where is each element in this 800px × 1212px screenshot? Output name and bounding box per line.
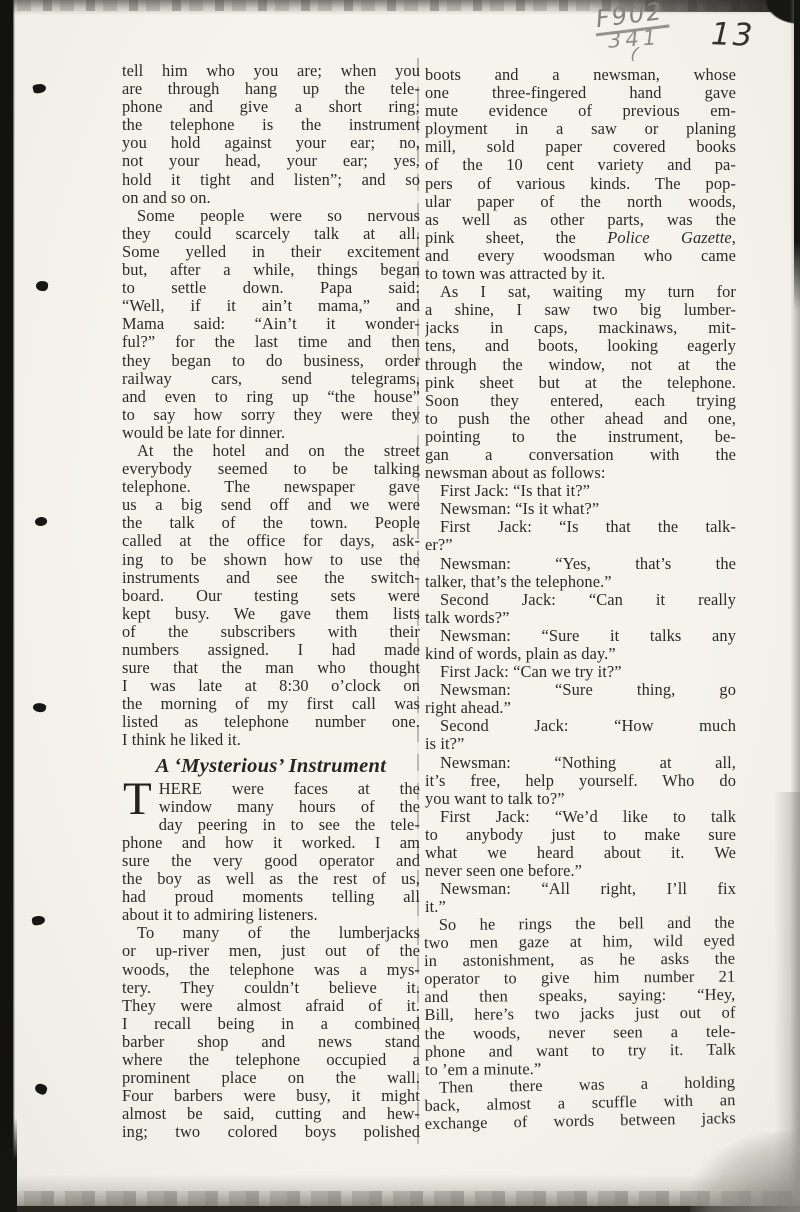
text-line: newsman about as follows: [425,464,736,482]
text-line: ployment in a saw or planing [425,120,736,138]
text-line: barber shop and news stand [122,1033,420,1051]
text-line: to push the other ahead and one, [425,410,736,428]
paragraph: First Jack: “Can we try it?” [425,663,736,681]
text-line: Newsman: “Nothing at all, [425,754,736,772]
ink-blot [34,515,48,527]
text-line: to anybody just to make sure [425,826,736,844]
paragraph: So he rings the bell and thetwo men gaze… [424,914,736,1079]
text-line: I was late at 8:30 o’clock on [122,677,420,695]
paragraph: Second Jack: “How muchis it?” [425,717,736,753]
text-line: what we heard about it. We [425,844,736,862]
text-line: day peering in to see the tele- [159,816,420,834]
scan-corner-bottom-left [0,1117,17,1212]
text-line: almost be said, cutting and hew- [122,1105,420,1123]
text-line: they began to do business, order [122,352,420,370]
text-line: or up-river men, just out of the [122,942,420,960]
ink-blot [32,83,47,95]
text-line: Soon they entered, each trying [425,392,736,410]
paragraph: First Jack: “Is that it?” [425,482,736,500]
section-heading: A ‘Mysterious’ Instrument [122,754,420,778]
text-line: pointing to the instrument, be- [425,428,736,446]
paragraph: Newsman: “Is it what?” [425,500,736,518]
paragraph: Newsman: “Sure thing, goright ahead.” [425,681,736,717]
text-line: ful?” for the last time and then [122,333,420,351]
text-line: right ahead.” [425,699,736,717]
text-line: and every woodsman who came [425,247,736,265]
text-line: everybody seemed to be talking [122,460,420,478]
text-line: of the subscribers with their [122,623,420,641]
text-line: talker, that’s the telephone.” [425,573,736,591]
text-line: Some yelled in their excitement [122,243,420,261]
text-line: At the hotel and on the street [122,442,420,460]
text-line: Second Jack: “Can it really [425,591,736,609]
text-line: phone and want to try it. Talk [425,1041,736,1062]
scan-corner-bottom-right [690,1132,800,1212]
text-line: kind of words, plain as day.” [425,645,736,663]
text-line: us a big send off and we were [122,496,420,514]
text-line: about it to admiring listeners. [122,906,420,924]
paragraph: tell him who you are; when youare throug… [122,62,420,207]
text-line: er?” [425,536,736,554]
text-line: gan a conversation with the [425,446,736,464]
text-line: Newsman: “Is it what?” [425,500,736,518]
paragraph: As I sat, waiting my turn fora shine, I … [425,283,736,482]
text-line: Newsman: “Sure it talks any [425,627,736,645]
paragraph: First Jack: “We’d like to talkto anybody… [425,808,736,880]
scan-edge-right [790,0,800,1212]
text-line: pink sheet, the Police Gazette, [425,229,736,247]
text-line: jacks in caps, mackinaws, mit- [425,319,736,337]
text-line: not your head, your ear; yes, [122,152,420,170]
text-line: mute evidence of previous em- [425,102,736,120]
text-line: but, after a while, things began [122,261,420,279]
text-line: As I sat, waiting my turn for [425,283,736,301]
text-line: window many hours of the [159,798,420,816]
text-line: First Jack: “Is that it?” [425,482,736,500]
paragraph: Then there was a holdingback, almost a s… [424,1073,736,1133]
text-line: the boy as well as the rest of us, [122,870,420,888]
column-left: tell him who you are; when youare throug… [122,62,420,1141]
ink-blot [34,1082,49,1096]
text-line: Some people were so nervous [122,207,420,225]
text-line: it’s free, help yourself. Who do [425,772,736,790]
text-line: as well as other parts, was the [425,211,736,229]
text-line: Mama said: “Ain’t it wonder- [122,315,420,333]
text-line: a shine, I saw two big lumber- [425,301,736,319]
paragraph: At the hotel and on the streeteverybody … [122,442,420,750]
text-line: tell him who you are; when you [122,62,420,80]
text-line: HERE were faces at the [159,780,420,798]
text-line: one three-fingered hand gave [425,84,736,102]
text-line: First Jack: “Is that the talk- [425,518,736,536]
text-line: board. Our testing sets were [122,587,420,605]
text-line: kept busy. We gave them lists [122,605,420,623]
text-line: to settle down. Papa said: [122,279,420,297]
text-line: the telephone is the instrument [122,116,420,134]
scan-edge-bottom [0,1174,800,1212]
text-line: mill, sold paper covered books [425,138,736,156]
ink-blot [32,702,47,714]
text-line: I think he liked it. [122,731,420,749]
text-line: Four barbers were busy, it might [122,1087,420,1105]
ink-blot [31,915,45,926]
text-line: where the telephone occupied a [122,1051,420,1069]
column-right: boots and a newsman, whoseone three-fing… [425,66,736,1134]
text-line: you want to talk to?” [425,790,736,808]
text-line: called at the office for days, ask- [122,532,420,550]
text-line: to town was attracted by it. [425,265,736,283]
text-line: sure that the man who thought [122,659,420,677]
paragraph: Newsman: “Sure it talks anykind of words… [425,627,736,663]
paragraph: Newsman: “Nothing at all,it’s free, help… [425,754,736,808]
text-line: To many of the lumberjacks [122,924,420,942]
paragraph: First Jack: “Is that the talk-er?” [425,518,736,554]
text-line: numbers assigned. I had made [122,641,420,659]
text-line: telephone. The newspaper gave [122,478,420,496]
text-line: Second Jack: “How much [425,717,736,735]
text-line: railway cars, send telegrams, [122,370,420,388]
text-line: they could scarcely talk at all. [122,225,420,243]
paragraph: Some people were so nervousthey could sc… [122,207,420,442]
text-line: through the window, not at the [425,356,736,374]
text-line: the morning of my first call was [122,695,420,713]
handwritten-page-number: 13 [710,16,755,53]
text-line: ing; two colored boys polished [122,1123,420,1141]
scan-edge-top [0,0,800,15]
text-line: ing to be shown how to use the [122,551,420,569]
text-line: you hold against your ear; no, [122,134,420,152]
text-line: to say how sorry they were they [122,406,420,424]
text-line: sure the very good operator and [122,852,420,870]
text-line: phone and how it worked. I am [122,834,420,852]
text-line: is it?” [425,735,736,753]
text-line: phone and give a short ring; [122,98,420,116]
text-line: hold it tight and listen”; and so [122,171,420,189]
text-line: Newsman: “Sure thing, go [425,681,736,699]
text-line: would be late for dinner. [122,424,420,442]
text-line: They were almost afraid of it. [122,997,420,1015]
paragraph: To many of the lumberjacksor up-river me… [122,924,420,1141]
text-line: “Well, if it ain’t mama,” and [122,297,420,315]
text-line: instruments and see the switch- [122,569,420,587]
text-line: tens, and boots, looking eagerly [425,337,736,355]
text-line: never seen one before.” [425,862,736,880]
drop-cap-letter: T [122,780,159,817]
paragraph: Newsman: “All right, I’ll fixit.” [425,880,736,916]
text-line: First Jack: “Can we try it?” [425,663,736,681]
text-line: ular paper of the north woods, [425,193,736,211]
text-line: are through hang up the tele- [122,80,420,98]
text-line: woods, the telephone was a mys- [122,961,420,979]
ink-blot [35,280,48,292]
text-line: pers of various kinds. The pop- [425,175,736,193]
text-line: Newsman: “All right, I’ll fix [425,880,736,898]
text-line: prominent place on the wall. [122,1069,420,1087]
text-line: tery. They couldn’t believe it. [122,979,420,997]
text-line: Newsman: “Yes, that’s the [425,555,736,573]
text-line: listed as telephone number one. [122,713,420,731]
text-line: the talk of the town. People [122,514,420,532]
scan-edge-left [0,0,13,1212]
paragraph: boots and a newsman, whoseone three-fing… [425,66,736,283]
text-line: pink sheet but at the telephone. [425,374,736,392]
text-line: First Jack: “We’d like to talk [425,808,736,826]
paragraph: Second Jack: “Can it reallytalk words?” [425,591,736,627]
text-line: talk words?” [425,609,736,627]
text-line: boots and a newsman, whose [425,66,736,84]
paragraph: Newsman: “Yes, that’s thetalker, that’s … [425,555,736,591]
text-line: on and so on. [122,189,420,207]
text-line: and even to ring up “the house” [122,388,420,406]
paragraph-dropcap: THERE were faces at thewindow many hours… [122,780,420,925]
text-line: had proud moments telling all [122,888,420,906]
text-line: of the 10 cent variety and pa- [425,156,736,174]
text-line: I recall being in a combined [122,1015,420,1033]
